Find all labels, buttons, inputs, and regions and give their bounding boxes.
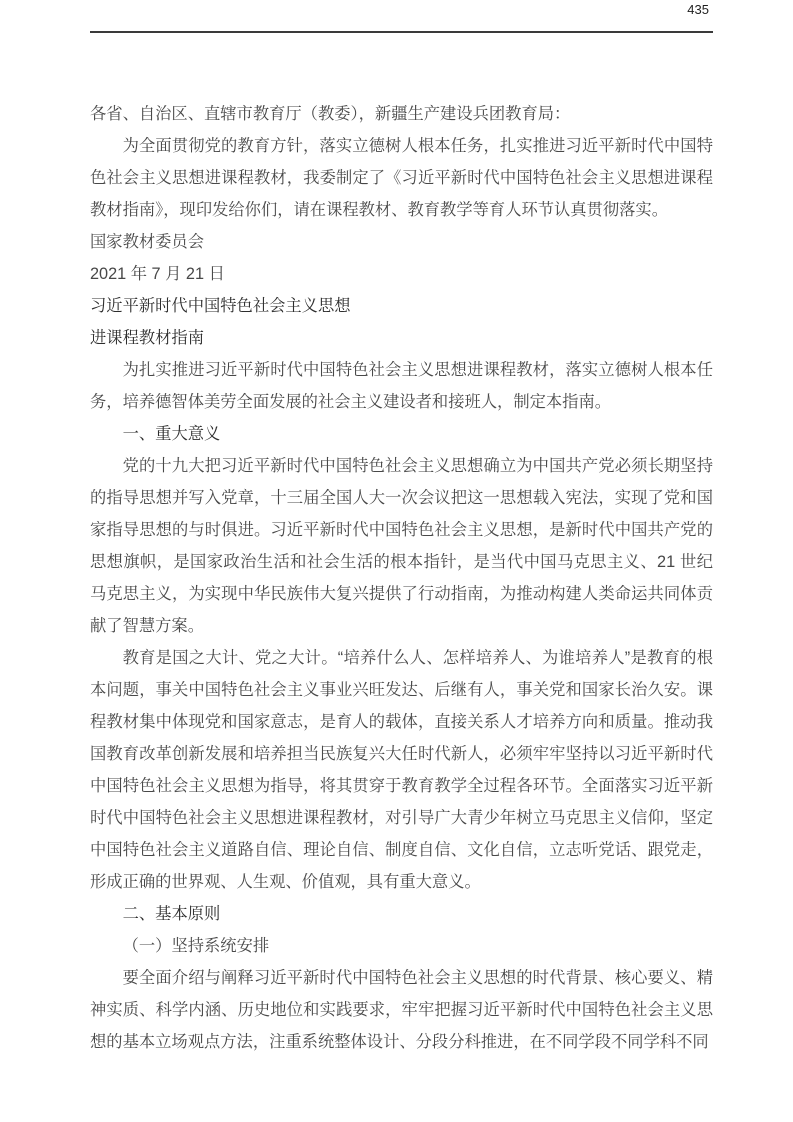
- page-number: 435: [687, 2, 709, 17]
- intro-paragraph: 为扎实推进习近平新时代中国特色社会主义思想进课程教材，落实立德树人根本任务，培养…: [90, 354, 713, 418]
- section1-paragraph1: 党的十九大把习近平新时代中国特色社会主义思想确立为中国共产党必须长期坚持的指导思…: [90, 450, 713, 642]
- section1-heading: 一、重大意义: [90, 418, 713, 450]
- header-rule: [90, 31, 713, 33]
- salutation-line: 各省、自治区、直辖市教育厅（教委），新疆生产建设兵团教育局：: [90, 98, 713, 130]
- document-page: 435 各省、自治区、直辖市教育厅（教委），新疆生产建设兵团教育局： 为全面贯彻…: [0, 0, 793, 1122]
- notice-body-paragraph: 为全面贯彻党的教育方针，落实立德树人根本任务，扎实推进习近平新时代中国特色社会主…: [90, 130, 713, 226]
- section2-heading: 二、基本原则: [90, 898, 713, 930]
- section2-paragraph1: 要全面介绍与阐释习近平新时代中国特色社会主义思想的时代背景、核心要义、精神实质、…: [90, 962, 713, 1058]
- section1-paragraph2: 教育是国之大计、党之大计。“培养什么人、怎样培养人、为谁培养人”是教育的根本问题…: [90, 642, 713, 898]
- document-title-line1: 习近平新时代中国特色社会主义思想: [90, 290, 713, 322]
- section2-subheading1: （一）坚持系统安排: [90, 930, 713, 962]
- document-title-line2: 进课程教材指南: [90, 322, 713, 354]
- issue-date-line: 2021 年 7 月 21 日: [90, 258, 713, 290]
- issuer-line: 国家教材委员会: [90, 226, 713, 258]
- document-content: 各省、自治区、直辖市教育厅（教委），新疆生产建设兵团教育局： 为全面贯彻党的教育…: [90, 98, 713, 1058]
